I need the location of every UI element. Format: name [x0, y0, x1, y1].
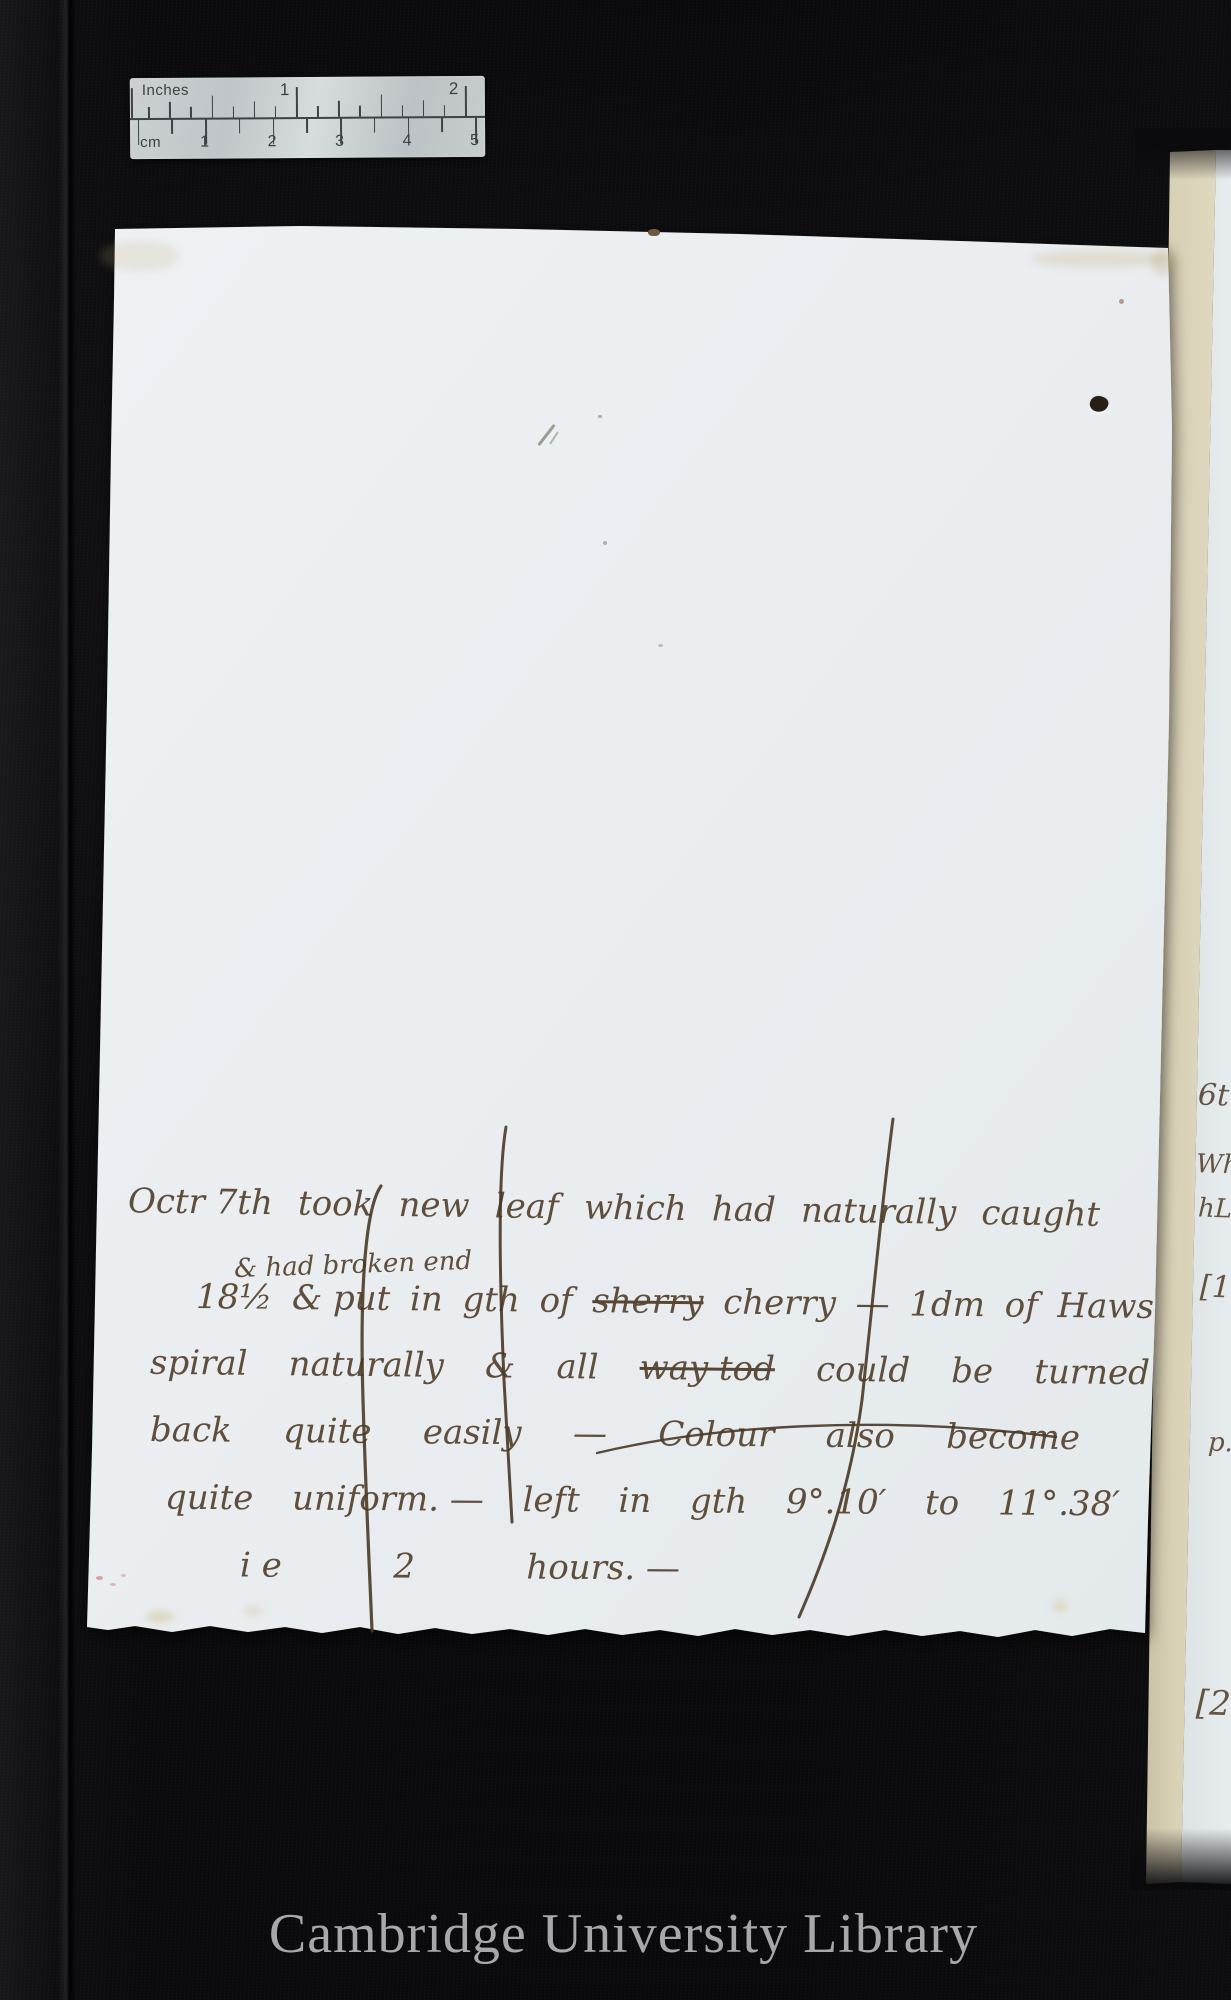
ink-stroke-middle — [500, 1127, 512, 1522]
photograph-stage: Inches cm 1212345 — [0, 0, 1231, 2000]
ink-stroke-right — [799, 1119, 893, 1617]
ink-stroke-left — [362, 1186, 381, 1631]
ink-underline-flourish — [597, 1425, 1056, 1453]
ink-strokes — [0, 0, 1231, 2000]
library-watermark: Cambridge University Library — [8, 1902, 1231, 1966]
